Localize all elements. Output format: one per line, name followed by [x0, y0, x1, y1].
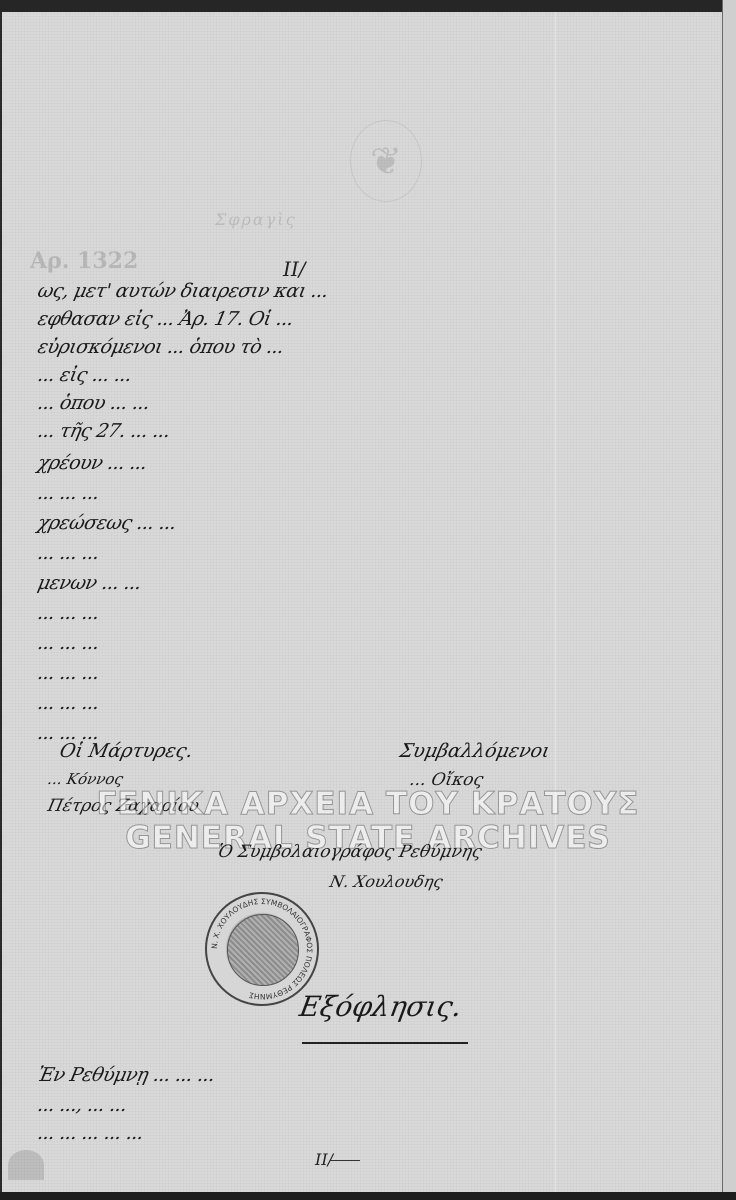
body-line: εὐρισκόμενοι ... ὁπου τὸ ...: [36, 336, 286, 358]
notary-signature: Ν. Χουλουδης: [328, 872, 445, 891]
footer-line: ... ..., ... ...: [36, 1094, 129, 1116]
body-line: ... εἰς ... ...: [36, 364, 134, 386]
archive-watermark-greek: ΓΕΝΙΚΑ ΑΡΧΕΙΑ ΤΟΥ ΚΡΑΤΟΥΣ: [0, 786, 736, 822]
notary-title: Ὁ Συμβολαιογράφος Ρεθύμνης: [216, 842, 484, 862]
notary-seal: Ν. Χ. ΧΟΥΛΟΥΔΗΣ ΣΥΜΒΟΛΑΙΟΓΡΑΦΟΣ ΠΟΛΕΩΣ Ρ…: [205, 892, 319, 1006]
body-line: ως, μετ' αυτών διαιρεσιν και ...: [36, 280, 331, 302]
faint-margin-number: Αρ. 1322: [30, 248, 138, 274]
body-line: ... ... ...: [36, 662, 102, 684]
body-line: ... ... ...: [36, 692, 102, 714]
footer-line: ... ... ... ... ...: [36, 1122, 146, 1144]
signature-parties-label: Συμβαλλόμενοι: [398, 740, 552, 762]
body-line: ... ... ...: [36, 602, 102, 624]
body-line: μενων ... ...: [36, 572, 144, 594]
page-fold-line: [555, 12, 556, 1192]
scan-right-edge: [722, 0, 736, 1200]
end-mark-rule: [330, 1160, 360, 1161]
svg-text:Ν. Χ. ΧΟΥΛΟΥΔΗΣ ΣΥΜΒΟΛΑΙΟΓΡΑΦΟ: Ν. Χ. ΧΟΥΛΟΥΔΗΣ ΣΥΜΒΟΛΑΙΟΓΡΑΦΟΣ ΠΟΛΕΩΣ Ρ…: [210, 897, 314, 1001]
corner-stain: [8, 1150, 44, 1180]
body-line: ... ... ...: [36, 542, 102, 564]
body-line: ... ... ...: [36, 482, 102, 504]
body-line: ... τῆς 27. ... ...: [36, 420, 172, 442]
section-heading: Εξόφλησις.: [297, 990, 464, 1023]
embossed-tughra-icon: ❦: [350, 120, 422, 202]
body-line: ... ... ...: [36, 632, 102, 654]
faint-stamp-text: Σφραγὶς: [215, 210, 297, 229]
body-line: χρέουν ... ...: [36, 452, 149, 474]
seal-text-ring: Ν. Χ. ΧΟΥΛΟΥΔΗΣ ΣΥΜΒΟΛΑΙΟΓΡΑΦΟΣ ΠΟΛΕΩΣ Ρ…: [207, 894, 317, 1004]
body-line: χρεώσεως ... ...: [36, 512, 179, 534]
footer-line: Ἐν Ρεθύμνῃ ... ... ...: [36, 1064, 217, 1086]
scan-top-border: [0, 0, 736, 12]
scan-bottom-border: [0, 1192, 736, 1200]
body-line: ... ὁπου ... ...: [36, 392, 152, 414]
signature-witnesses-label: Οἱ Μάρτυρες.: [58, 740, 195, 762]
body-line: εφθασαν εἰς ... Ἀρ. 17. Οἱ ...: [36, 308, 296, 330]
heading-underline: [302, 1042, 468, 1044]
page-mark: ΙΙ/: [283, 257, 306, 281]
